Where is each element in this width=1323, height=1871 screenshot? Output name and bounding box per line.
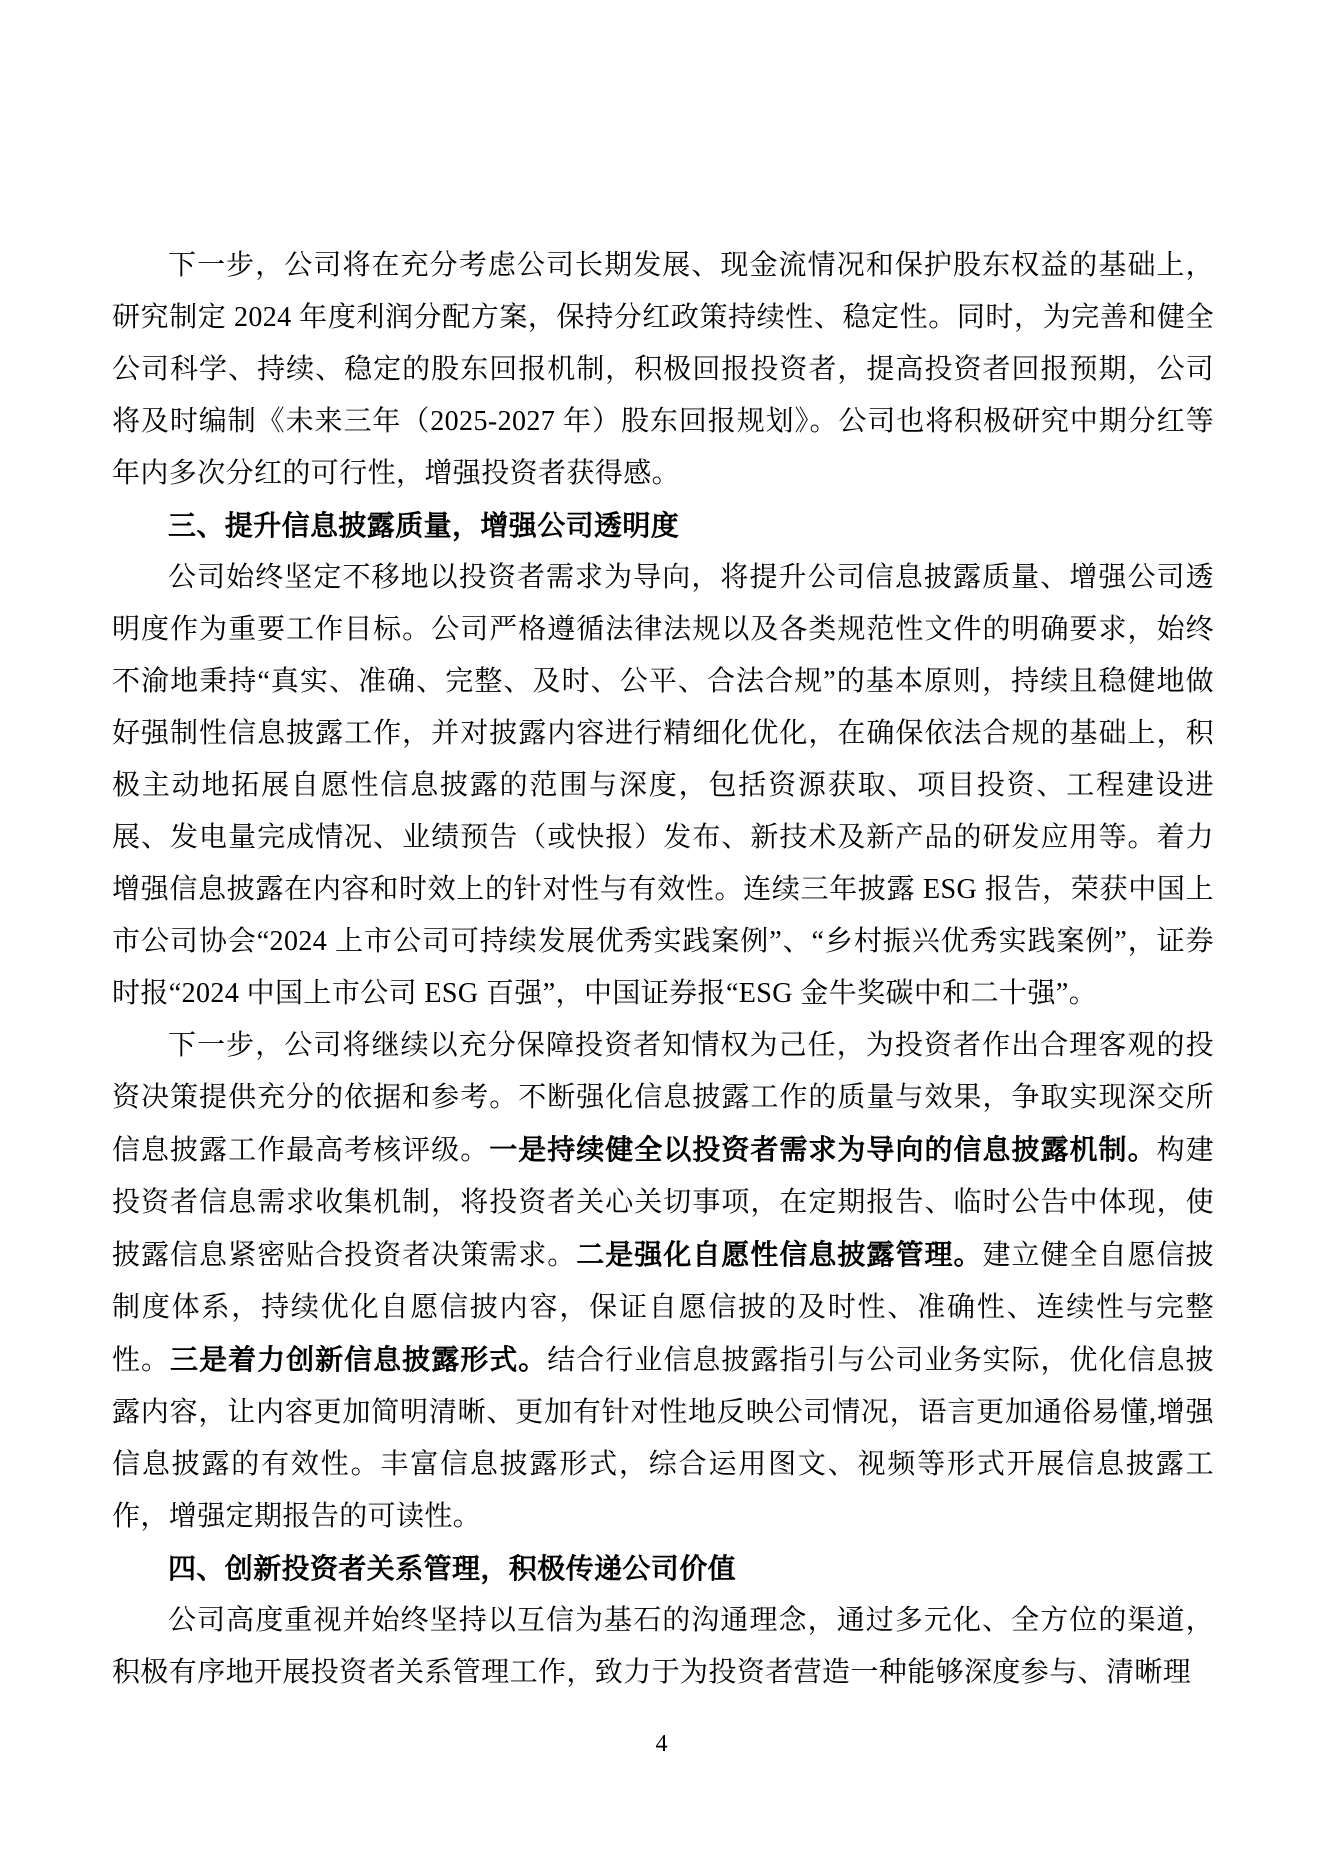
text-run: 公司始终坚定不移地以投资者需求为导向，将提升公司信息披露质量、增强公司透明度作为… [112,562,1214,1009]
para-next-step-disclosure: 下一步，公司将继续以充分保障投资者知情权为己任，为投资者作出合理客观的投资决策提… [112,1020,1214,1543]
heading-section-four: 四、创新投资者关系管理，积极传递公司价值 [112,1543,1214,1595]
page-number: 4 [0,1726,1323,1762]
para-investor-relations: 公司高度重视并始终坚持以互信为基石的沟通理念，通过多元化、全方位的渠道，积极有序… [112,1595,1214,1699]
heading-section-three: 三、提升信息披露质量，增强公司透明度 [112,500,1214,552]
bold-text-run: 四、创新投资者关系管理，积极传递公司价值 [168,1553,736,1584]
para-profit-distribution-plan: 下一步，公司将在充分考虑公司长期发展、现金流情况和保护股东权益的基础上，研究制定… [112,240,1214,500]
document-content: 下一步，公司将在充分考虑公司长期发展、现金流情况和保护股东权益的基础上，研究制定… [112,240,1214,1699]
text-run: 公司高度重视并始终坚持以互信为基石的沟通理念，通过多元化、全方位的渠道，积极有序… [112,1605,1214,1688]
bold-text-run: 一是持续健全以投资者需求为导向的信息披露机制。 [489,1134,1156,1165]
bold-text-run: 三、提升信息披露质量，增强公司透明度 [168,510,679,541]
document-page: 下一步，公司将在充分考虑公司长期发展、现金流情况和保护股东权益的基础上，研究制定… [0,0,1323,1871]
para-disclosure-quality: 公司始终坚定不移地以投资者需求为导向，将提升公司信息披露质量、增强公司透明度作为… [112,552,1214,1020]
bold-text-run: 三是着力创新信息披露形式。 [170,1344,547,1375]
bold-text-run: 二是强化自愿性信息披露管理。 [576,1239,982,1270]
text-run: 下一步，公司将在充分考虑公司长期发展、现金流情况和保护股东权益的基础上，研究制定… [112,250,1214,489]
